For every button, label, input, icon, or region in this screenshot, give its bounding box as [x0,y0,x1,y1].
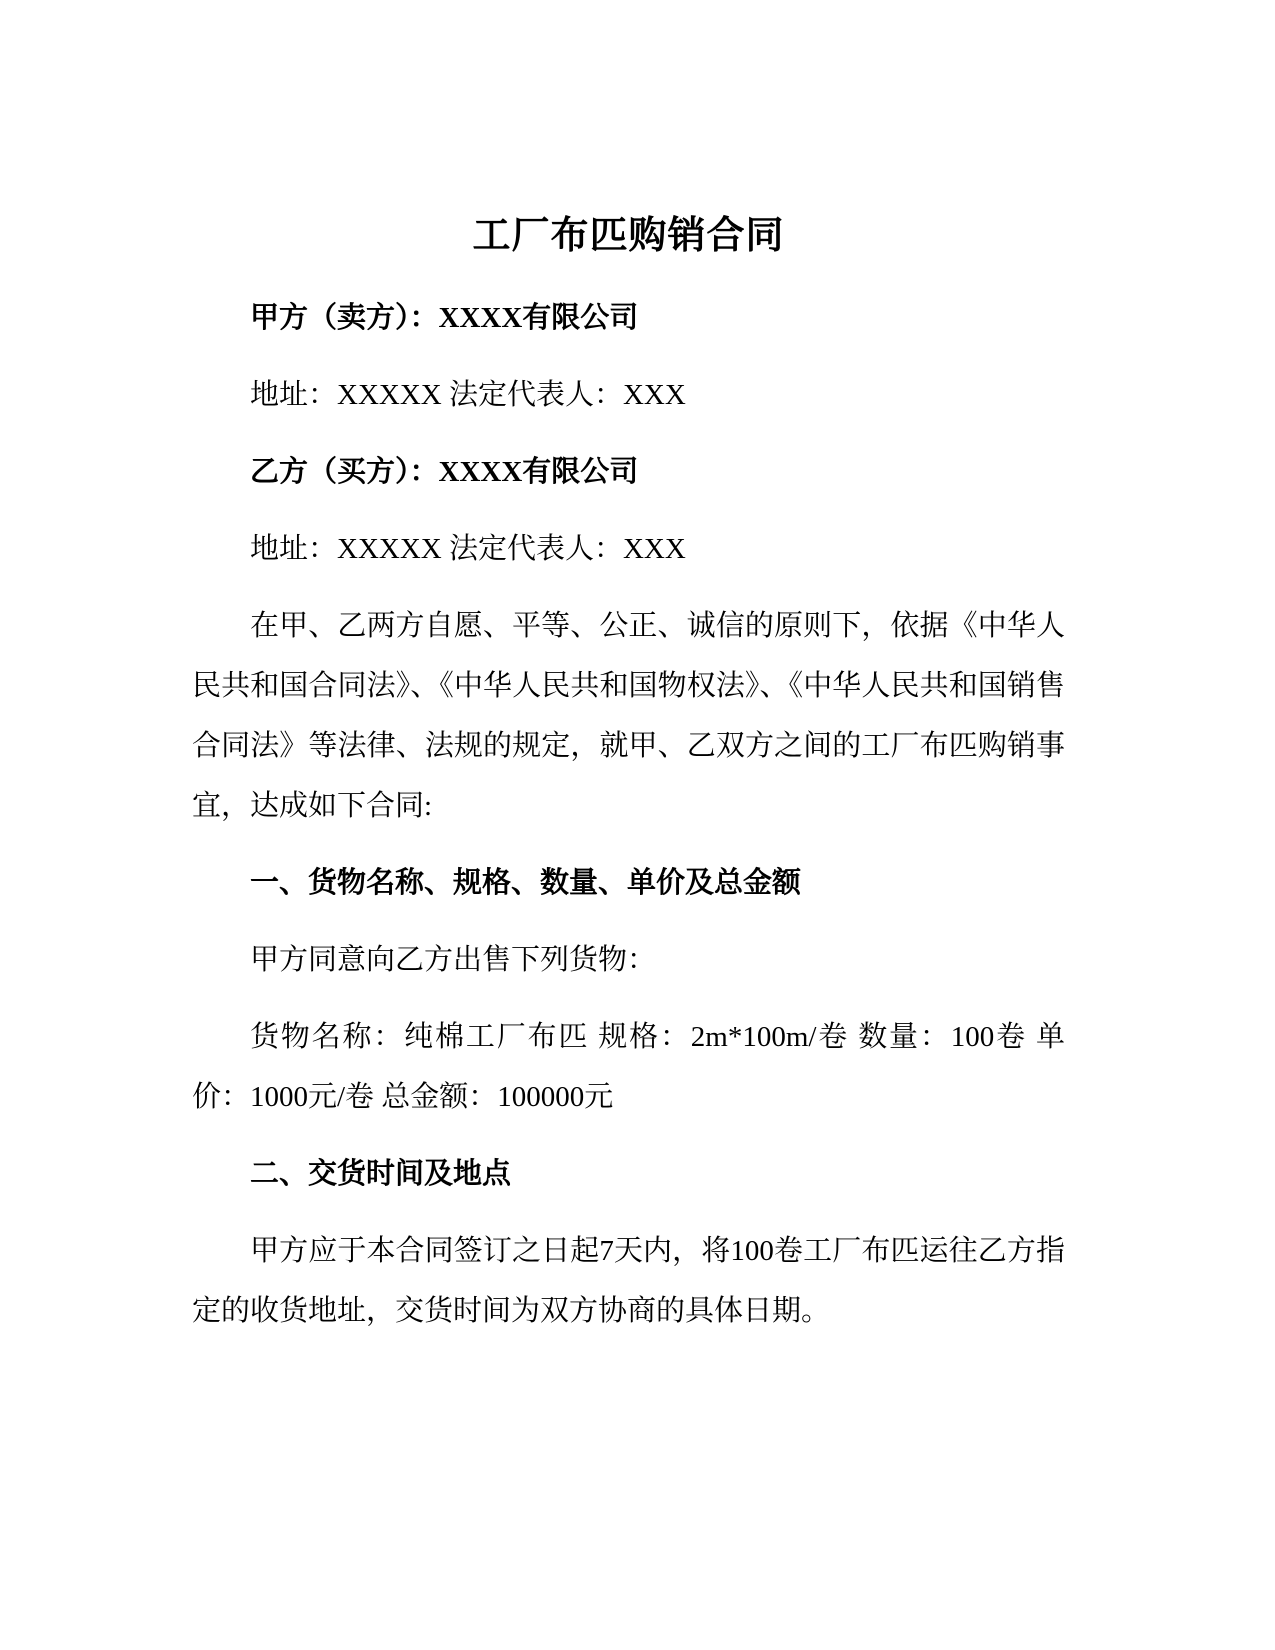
section-1-heading: 一、货物名称、规格、数量、单价及总金额 [192,853,1065,913]
goods-details-paragraph: 货物名称：纯棉工厂布匹 规格：2m*100m/卷 数量：100卷 单价：1000… [192,1007,1065,1127]
section-1-intro-line: 甲方同意向乙方出售下列货物： [192,930,1065,990]
contract-document-page: 工厂布匹购销合同 甲方（卖方）：XXXX有限公司 地址：XXXXX 法定代表人：… [0,0,1275,1650]
party-a-address-line: 地址：XXXXX 法定代表人：XXX [192,365,1065,425]
preamble-paragraph: 在甲、乙两方自愿、平等、公正、诚信的原则下，依据《中华人民共和国合同法》、《中华… [192,596,1065,836]
section-2-paragraph: 甲方应于本合同签订之日起7天内，将100卷工厂布匹运往乙方指定的收货地址，交货时… [192,1221,1065,1341]
section-2-heading: 二、交货时间及地点 [192,1144,1065,1204]
party-b-line: 乙方（买方）：XXXX有限公司 [192,442,1065,502]
document-title: 工厂布匹购销合同 [192,212,1065,260]
party-b-address-line: 地址：XXXXX 法定代表人：XXX [192,519,1065,579]
party-a-line: 甲方（卖方）：XXXX有限公司 [192,288,1065,348]
